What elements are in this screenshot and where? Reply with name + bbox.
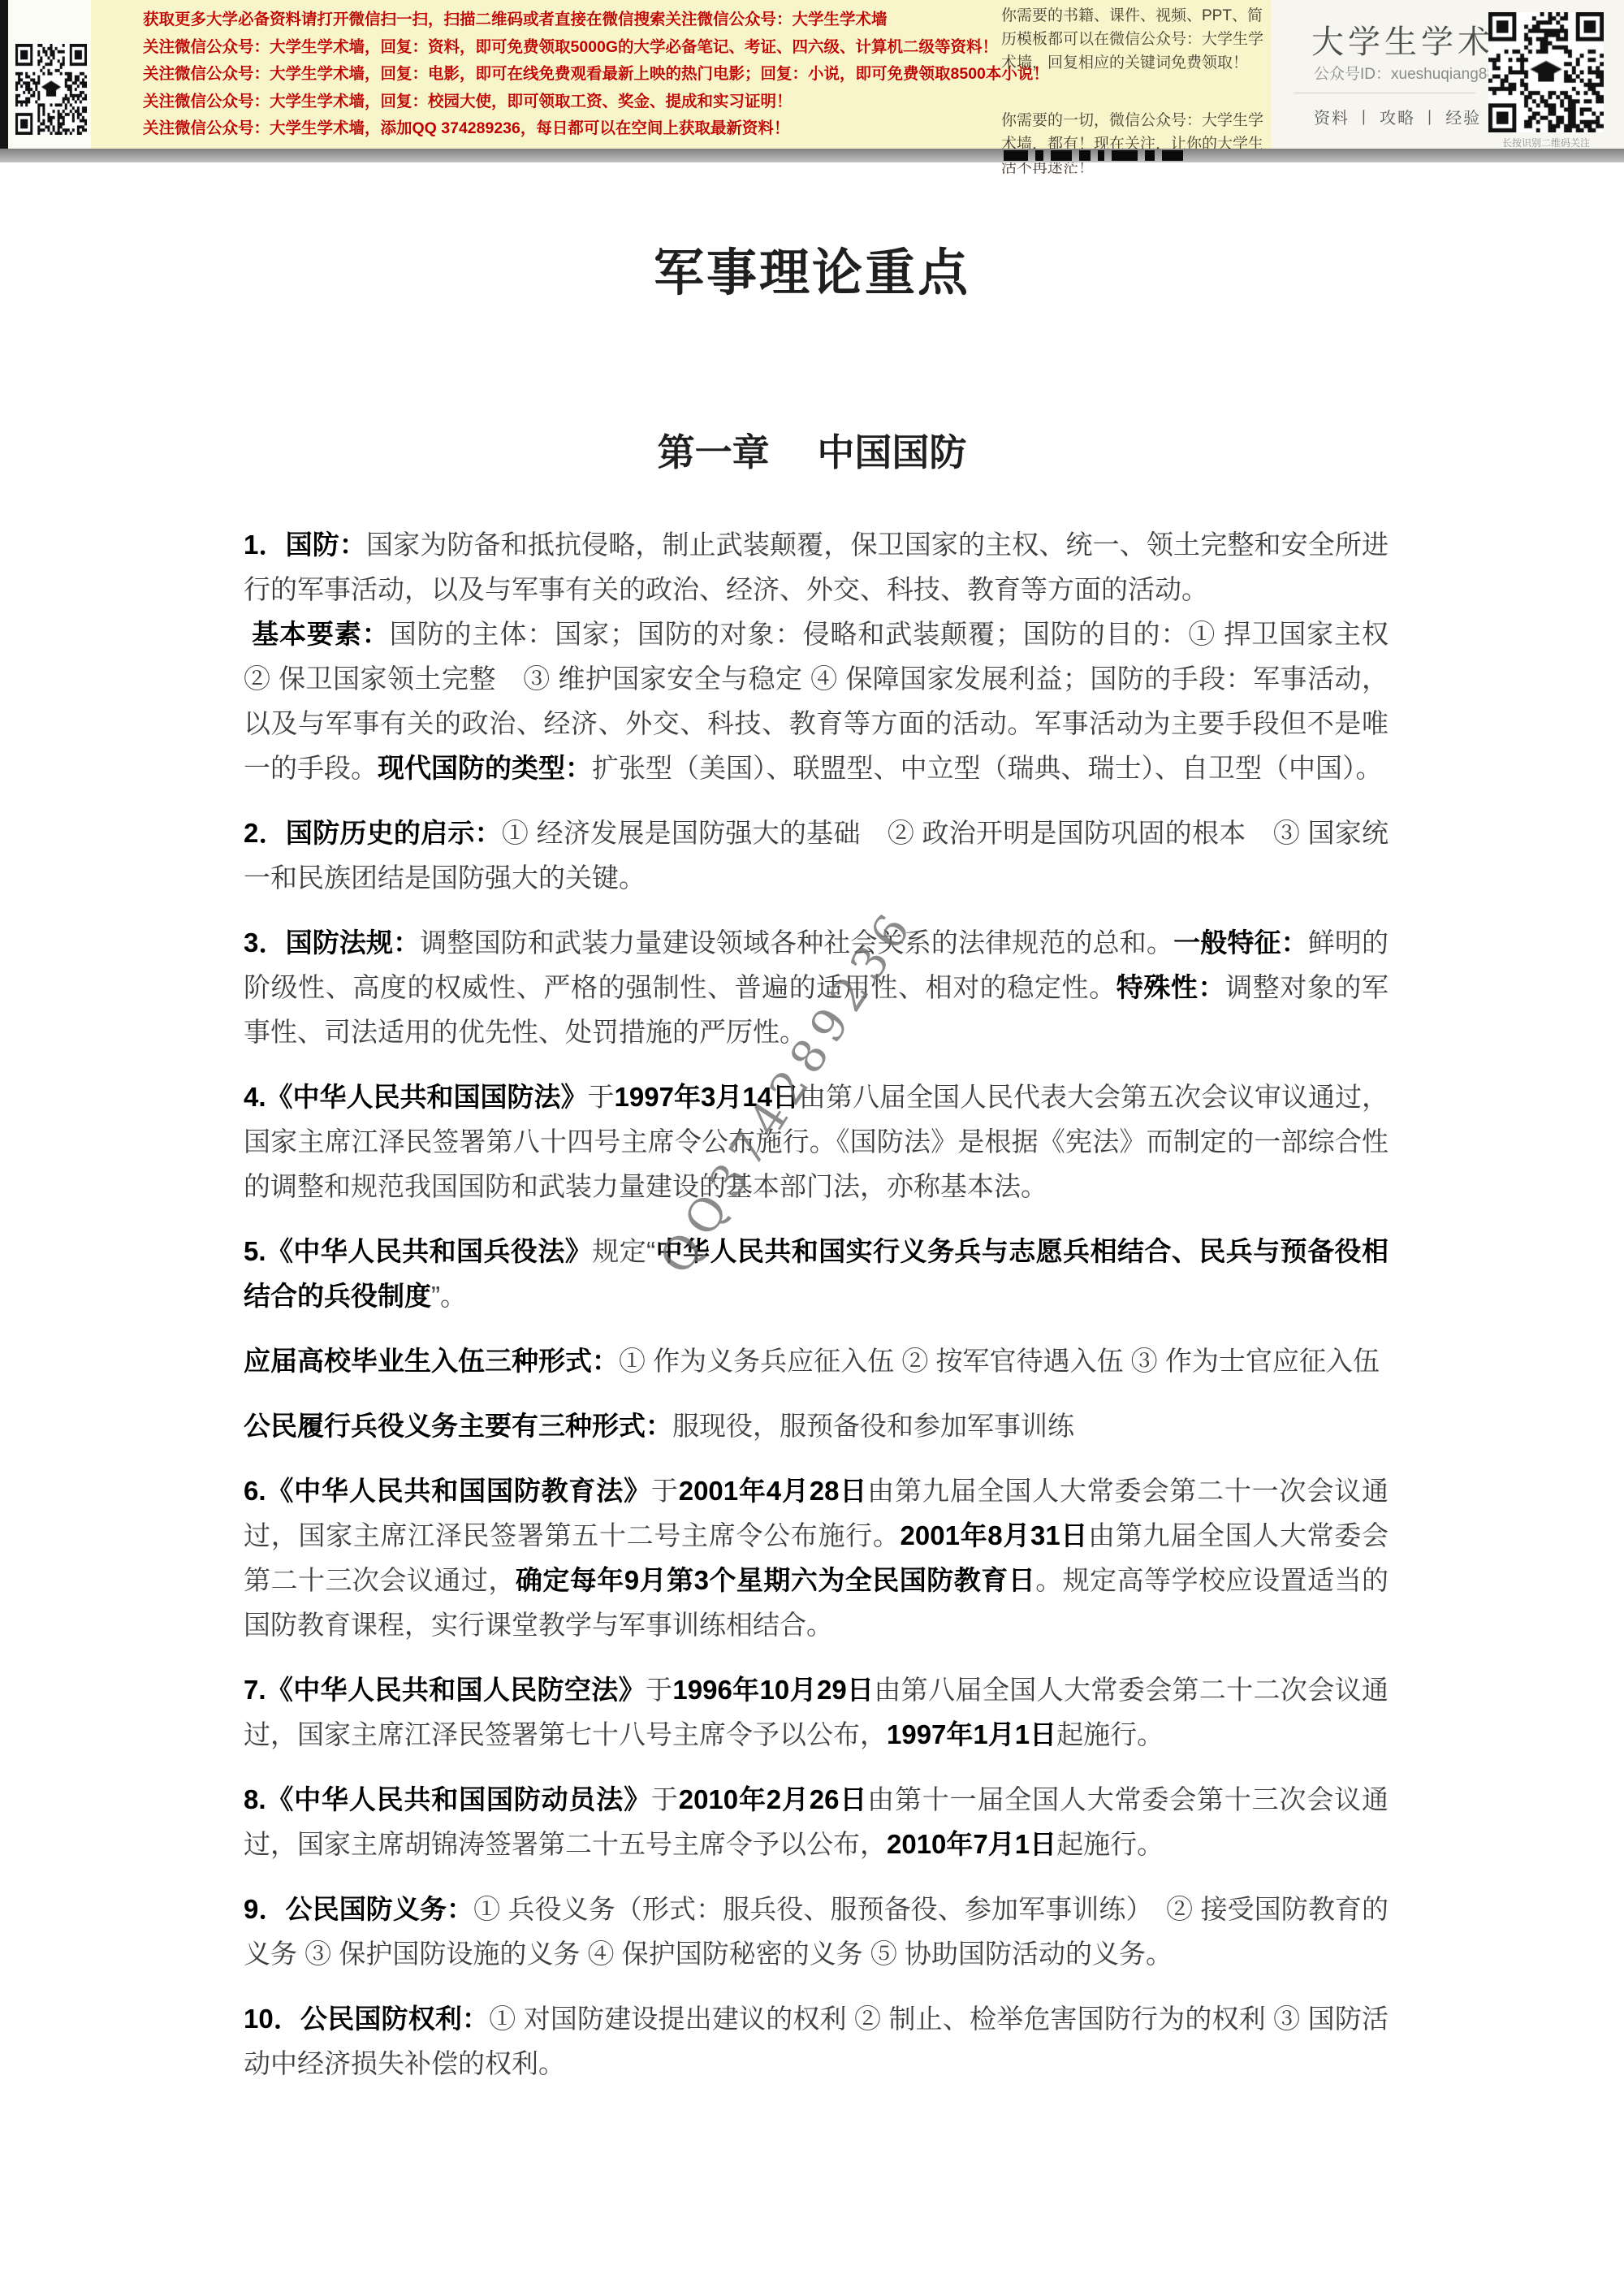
text-fragment bbox=[1162, 150, 1183, 161]
paragraph: 8.《中华人民共和国国防动员法》于2010年2月26日由第十一届全国人大常委会第… bbox=[244, 1777, 1389, 1866]
paragraph: 9．公民国防义务：① 兵役义务（形式：服兵役、服预备役、参加军事训练） ② 接受… bbox=[244, 1887, 1389, 1976]
promo-banner: 获取更多大学必备资料请打开微信扫一扫，扫描二维码或者直接在微信搜索关注微信公众号… bbox=[0, 0, 1624, 149]
banner-note: 你需要的书籍、课件、视频、PPT、简历模板都可以在微信公众号：大学生学术墙，回复… bbox=[1001, 4, 1269, 75]
document-body: 1．国防：国家为防备和抵抗侵略，制止武装颠覆，保卫国家的主权、统一、领土完整和安… bbox=[244, 522, 1389, 2086]
page-title: 军事理论重点 bbox=[0, 232, 1624, 305]
banner-promo-line: 关注微信公众号：大学生学术墙，添加QQ 374289236，每日都可以在空间上获… bbox=[143, 115, 1052, 143]
banner-promo-line: 关注微信公众号：大学生学术墙，回复：资料，即可免费领取5000G的大学必备笔记、… bbox=[143, 34, 1052, 62]
qr-code-right-icon bbox=[1488, 12, 1604, 132]
text-fragment bbox=[1035, 150, 1043, 161]
clipped-text-fragments bbox=[1004, 150, 1183, 161]
paragraph: 2．国防历史的启示：① 经济发展是国防强大的基础 ② 政治开明是国防巩固的根本 … bbox=[244, 811, 1389, 900]
chapter-heading: 第一章 中国国防 bbox=[0, 423, 1624, 477]
brand-divider bbox=[1294, 93, 1475, 93]
paragraph: 10．公民国防权利：① 对国防建设提出建议的权利 ② 制止、检举危害国防行为的权… bbox=[244, 1996, 1389, 2086]
text-fragment bbox=[1079, 150, 1091, 161]
paragraph: 应届高校毕业生入伍三种形式：① 作为义务兵应征入伍 ② 按军官待遇入伍 ③ 作为… bbox=[244, 1338, 1389, 1383]
left-qr-box bbox=[8, 0, 91, 149]
banner-left-black-edge bbox=[0, 0, 8, 149]
banner-promo-line: 关注微信公众号：大学生学术墙，回复：校园大使，即可领取工资、奖金、提成和实习证明… bbox=[143, 89, 1052, 116]
banner-promo-lines: 获取更多大学必备资料请打开微信扫一扫，扫描二维码或者直接在微信搜索关注微信公众号… bbox=[143, 6, 1052, 143]
paragraph: 1．国防：国家为防备和抵抗侵略，制止武装颠覆，保卫国家的主权、统一、领土完整和安… bbox=[244, 522, 1389, 612]
paragraph: 7.《中华人民共和国人民防空法》于1996年10月29日由第八届全国人大常委会第… bbox=[244, 1667, 1389, 1757]
paragraph: 5.《中华人民共和国兵役法》规定“中华人民共和国实行义务兵与志愿兵相结合、民兵与… bbox=[244, 1229, 1389, 1318]
text-fragment bbox=[1145, 150, 1155, 161]
paragraph: 6.《中华人民共和国国防教育法》于2001年4月28日由第九届全国人大常委会第二… bbox=[244, 1468, 1389, 1647]
qr-code-left-icon bbox=[15, 44, 87, 135]
brand-account-id: 公众号ID：xueshuqiang8888 bbox=[1314, 62, 1513, 84]
text-fragment bbox=[1112, 150, 1138, 161]
banner-promo-line: 获取更多大学必备资料请打开微信扫一扫，扫描二维码或者直接在微信搜索关注微信公众号… bbox=[143, 6, 1052, 34]
banner-promo-line: 关注微信公众号：大学生学术墙，回复：电影，即可在线免费观看最新上映的热门电影；回… bbox=[143, 61, 1052, 89]
text-fragment bbox=[1051, 150, 1072, 161]
document: 军事理论重点 第一章 中国国防 1．国防：国家为防备和抵抗侵略，制止武装颠覆，保… bbox=[0, 162, 1624, 2106]
qr-caption: 长按识别二维码关注 bbox=[1484, 136, 1609, 149]
paragraph: 基本要素：国防的主体：国家；国防的对象：侵略和武装颠覆；国防的目的：① 捍卫国家… bbox=[244, 612, 1389, 790]
text-fragment bbox=[1004, 150, 1028, 161]
paragraph: 公民履行兵役义务主要有三种形式：服现役，服预备役和参加军事训练 bbox=[244, 1403, 1389, 1448]
banner-bottom-strip bbox=[0, 149, 1624, 162]
scanned-document-page: 获取更多大学必备资料请打开微信扫一扫，扫描二维码或者直接在微信搜索关注微信公众号… bbox=[0, 0, 1624, 2296]
text-fragment bbox=[1098, 150, 1104, 161]
brand-card: 大学生学术墙 公众号ID：xueshuqiang8888 资料 丨 攻略 丨 经… bbox=[1271, 0, 1624, 149]
